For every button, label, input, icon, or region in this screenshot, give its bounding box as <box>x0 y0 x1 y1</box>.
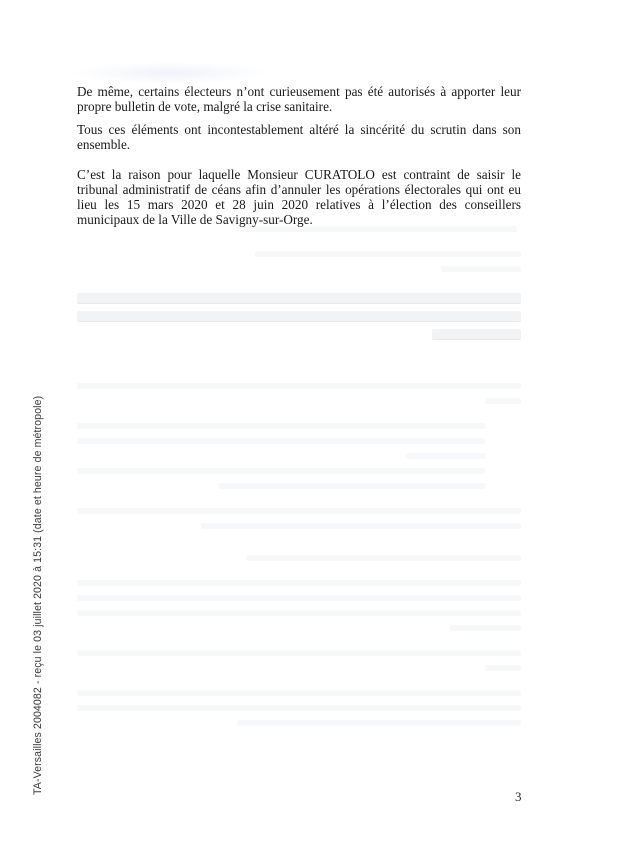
show-through-block <box>77 226 521 281</box>
body-text: De même, certains électeurs n’ont curieu… <box>77 84 521 227</box>
paragraph-sincerity: Tous ces éléments ont incontestablement … <box>77 122 521 152</box>
show-through-heading <box>77 293 521 347</box>
document-page: De même, certains électeurs n’ont curieu… <box>0 0 625 859</box>
show-through-block <box>77 555 521 735</box>
scan-smudge <box>70 62 270 84</box>
page-number: 3 <box>515 789 522 805</box>
paragraph-annulment-request: C’est la raison pour laquelle Monsieur C… <box>77 167 521 227</box>
show-through-block <box>77 383 521 538</box>
court-receipt-stamp: TA-Versailles 2004082 - reçu le 03 juill… <box>32 396 44 795</box>
paragraph-ballot: De même, certains électeurs n’ont curieu… <box>77 84 521 114</box>
